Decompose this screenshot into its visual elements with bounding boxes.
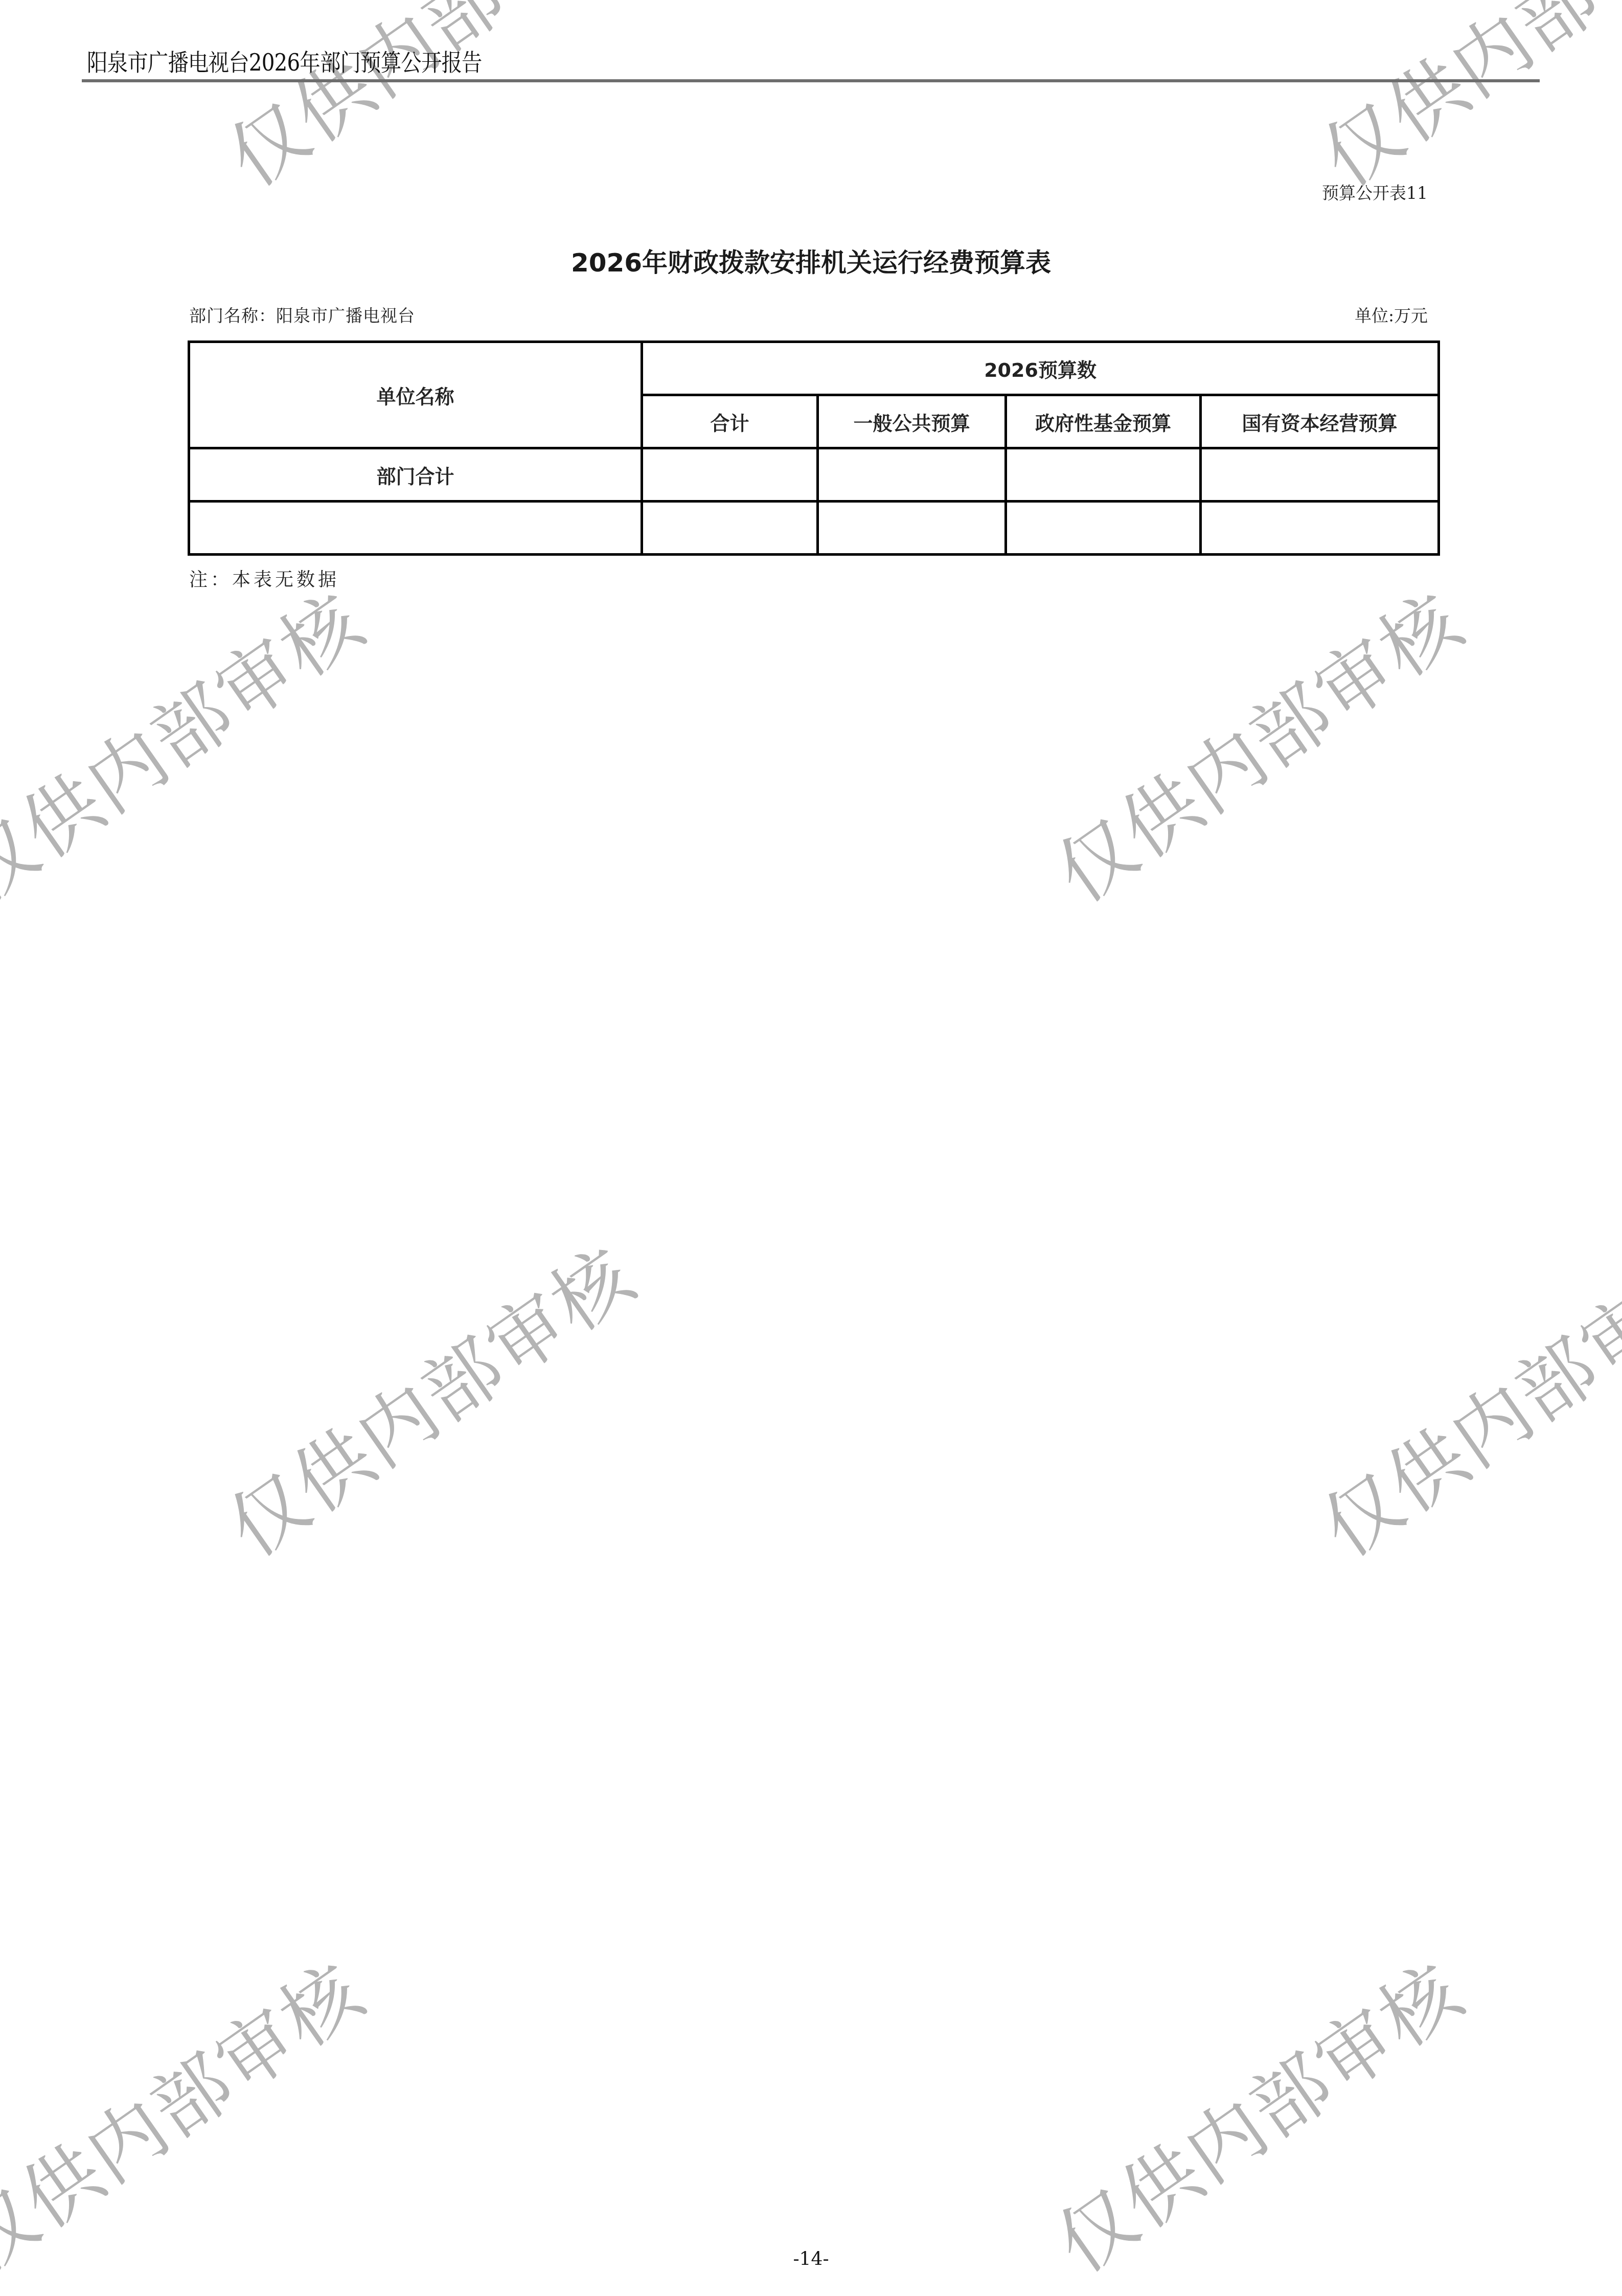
watermark: 仅供内部审核 [0,1932,382,2293]
watermark: 仅供内部审核 [202,1216,653,1578]
department-name: 部门名称：阳泉市广播电视台 [189,303,415,327]
row-name [189,502,642,555]
watermark: 仅供内部审核 [1031,562,1481,923]
watermark: 仅供内部审核 [1296,0,1622,208]
row-name: 部门合计 [189,448,642,502]
cell-gov-fund [1006,502,1201,555]
watermark: 仅供内部审核 [0,562,382,923]
table-row [189,502,1439,555]
column-header-total: 合计 [642,395,818,448]
header-divider [82,79,1540,82]
table-header-row: 单位名称 2026预算数 [189,342,1439,395]
watermark: 仅供内部审核 [1031,1932,1481,2293]
cell-general-public [818,502,1006,555]
cell-state-capital [1201,502,1439,555]
cell-general-public [818,448,1006,502]
unit-label: 单位:万元 [1355,303,1428,327]
cell-gov-fund [1006,448,1201,502]
page-number: -14- [0,2248,1622,2269]
cell-total [642,448,818,502]
watermark: 仅供内部审核 [202,0,653,208]
table-note: 注：本表无数据 [189,565,339,592]
watermark: 仅供内部审核 [1296,1216,1622,1578]
page-title: 2026年财政拨款安排机关运行经费预算表 [0,242,1622,279]
column-header-general-public: 一般公共预算 [818,395,1006,448]
column-header-gov-fund: 政府性基金预算 [1006,395,1201,448]
running-header: 阳泉市广播电视台2026年部门预算公开报告 [87,44,482,78]
budget-table: 单位名称 2026预算数 合计 一般公共预算 政府性基金预算 国有资本经营预算 … [188,340,1440,556]
table-code: 预算公开表11 [1322,180,1428,204]
cell-state-capital [1201,448,1439,502]
table-row: 部门合计 [189,448,1439,502]
column-group-header: 2026预算数 [642,342,1439,395]
column-header-state-capital: 国有资本经营预算 [1201,395,1439,448]
cell-total [642,502,818,555]
column-header-unit-name: 单位名称 [189,342,642,448]
